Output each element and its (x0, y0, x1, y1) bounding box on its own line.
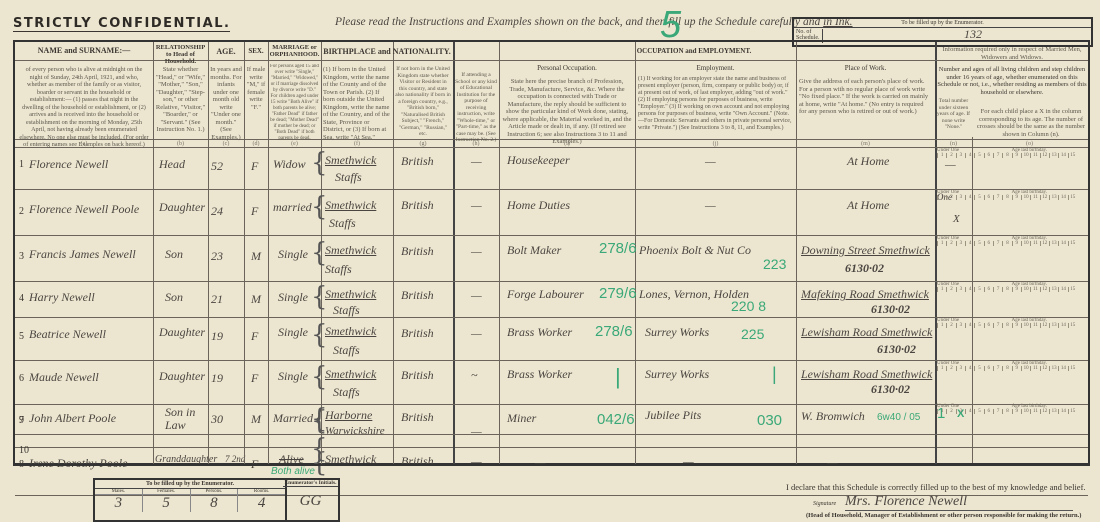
occupation-code: 278/6 (599, 240, 637, 257)
child-age-grid: Under OneAge last birthday. 123456789101… (937, 404, 1077, 414)
age-col: 1 (937, 241, 946, 246)
row-school: — (471, 244, 482, 259)
age-col: 5 (974, 195, 983, 200)
age-col: 7 (993, 287, 1002, 292)
age-col: 13 (1049, 409, 1058, 414)
age-col: 3 (956, 366, 965, 371)
age-col: 1 (937, 195, 946, 200)
child-age-mark: X (953, 213, 960, 225)
age-col: 14 (1058, 241, 1067, 246)
age-col: 5 (974, 153, 983, 158)
employment-code: | (772, 364, 777, 385)
row-sex: F (251, 159, 258, 174)
persons-label: Persons. (191, 489, 239, 494)
header-nationality-body: If not born in the United Kingdom state … (395, 66, 451, 138)
age-col: 8 (1002, 287, 1011, 292)
row-age: 23 (211, 249, 223, 264)
age-col: 9 (1012, 195, 1021, 200)
row-birthplace: Smethwick (325, 324, 376, 339)
age-col: 11 (1030, 323, 1039, 328)
age-col: 6 (984, 195, 993, 200)
row-nationality: British (401, 368, 434, 383)
age-col: 4 (965, 241, 974, 246)
row-sex: M (251, 249, 261, 264)
header-personal-occupation: Personal Occupation. (499, 64, 635, 72)
header-age: AGE. (208, 47, 244, 56)
child-age-grid: Under OneAge last birthday. 123456789101… (937, 148, 1077, 158)
row-nationality: British (401, 198, 434, 213)
row-employment: Surrey Works (645, 325, 709, 340)
row-relationship: Daughter (159, 325, 205, 340)
age-col: 14 (1058, 287, 1067, 292)
header-school-body: If attending a School or any kind of Edu… (455, 72, 497, 144)
row-name: Florence Newell (29, 157, 108, 172)
age-col: 8 (1002, 323, 1011, 328)
col-letter-h: (h) (453, 141, 499, 147)
age-col: 3 (956, 241, 965, 246)
row-occupation: Forge Labourer (507, 287, 584, 302)
row-school: ~ (471, 368, 478, 383)
age-col: 3 (956, 153, 965, 158)
age-col: 13 (1049, 366, 1058, 371)
row-age: 19 (211, 371, 223, 386)
age-col: 14 (1058, 195, 1067, 200)
age-col: 14 (1058, 323, 1067, 328)
signature-value: Mrs. Florence Newell (845, 494, 1073, 511)
row-marriage: Single (278, 369, 308, 384)
employment-code: 220 8 (731, 298, 766, 314)
col-letter-g: (g) (393, 141, 453, 147)
instructions-text: Please read the Instructions and Example… (335, 16, 823, 28)
row-place-of-work: At Home (847, 198, 889, 213)
females-count: 5 (143, 495, 191, 512)
row-nationality: British (401, 288, 434, 303)
schedule-box-heading: To be filled up by the Enumerator. (794, 19, 1091, 28)
age-col: 6 (984, 287, 993, 292)
age-col: 13 (1049, 287, 1058, 292)
col-letter-j: (j) (635, 141, 796, 147)
row-marriage: Single (278, 325, 308, 340)
age-col: 1 (937, 153, 946, 158)
age-col: 9 (1012, 241, 1021, 246)
row-relationship: Son (165, 290, 183, 305)
row-number: 4 (19, 293, 24, 304)
row-relationship: Daughter (159, 369, 205, 384)
header-relationship: RELATIONSHIP to Head of Household. (153, 44, 208, 65)
header-name: NAME and SURNAME:— (15, 46, 153, 55)
age-col: 7 (993, 366, 1002, 371)
place-code: 6130·02 (845, 261, 884, 276)
child-age-grid: Under OneAge last birthday. 123456789101… (937, 190, 1077, 200)
row-employment: — (705, 198, 716, 213)
row-occupation: Bolt Maker (507, 243, 561, 258)
row-birthplace: Smethwick (325, 198, 376, 213)
age-col: 7 (993, 153, 1002, 158)
instructions-line: Please read the Instructions and Example… (335, 16, 853, 28)
age-col: 6 (984, 153, 993, 158)
header-personal-occupation-body: State here the precise branch of Profess… (502, 78, 632, 146)
row-relationship: Son (165, 247, 183, 262)
age-col: 7 (993, 409, 1002, 414)
row-sex: M (251, 292, 261, 307)
header-place-of-work-body: Give the address of each person's place … (799, 78, 932, 116)
age-col: 14 (1058, 366, 1067, 371)
child-age-grid: Under OneAge last birthday. 123456789101… (937, 361, 1077, 371)
header-total-children: Total number under sixteen years of age.… (936, 98, 971, 131)
brace-icon: { (311, 436, 328, 462)
row-birthplace: Smethwick (325, 243, 376, 258)
occupation-code: | (615, 364, 621, 390)
col-letter-n: (n) (935, 141, 972, 147)
age-col: 12 (1040, 153, 1049, 158)
age-col: 8 (1002, 241, 1011, 246)
age-col: 14 (1058, 409, 1067, 414)
age-col: 2 (946, 153, 955, 158)
row-age: 52 (211, 159, 223, 174)
age-col: 10 (1021, 241, 1030, 246)
age-col: 15 (1068, 153, 1077, 158)
row-nationality: British (401, 154, 434, 169)
rooms-count: 4 (238, 495, 285, 512)
row-county: Staffs (329, 216, 356, 231)
row-name: Maude Newell (29, 370, 99, 385)
row-name: Harry Newell (29, 290, 95, 305)
age-col: 10 (1021, 409, 1030, 414)
age-col: 12 (1040, 287, 1049, 292)
age-col: 9 (1012, 323, 1021, 328)
age-col: 11 (1030, 241, 1039, 246)
employment-code: 225 (741, 326, 764, 342)
age-col: 12 (1040, 241, 1049, 246)
header-birthplace: BIRTHPLACE and NATIONALITY. (321, 47, 453, 56)
row-name: Florence Newell Poole (29, 202, 139, 217)
brace-icon: { (311, 406, 328, 432)
age-col: 3 (956, 323, 965, 328)
row-marriage: Widow (273, 157, 306, 172)
row-nationality: British (401, 244, 434, 259)
row-relationship: Head (159, 157, 185, 172)
age-col: 13 (1049, 323, 1058, 328)
col-letter-i: (i) (499, 141, 635, 147)
row-employment: Phoenix Bolt & Nut Co (639, 243, 751, 258)
age-col: 13 (1049, 195, 1058, 200)
age-col: 12 (1040, 366, 1049, 371)
age-col: 12 (1040, 195, 1049, 200)
age-col: 1 (937, 323, 946, 328)
row-birthplace: Smethwick (325, 367, 376, 382)
age-col: 6 (984, 366, 993, 371)
age-col: 9 (1012, 366, 1021, 371)
initials-value: GG (283, 493, 338, 510)
row-number: 3 (19, 251, 24, 262)
age-col: 15 (1068, 195, 1077, 200)
age-col: 2 (946, 287, 955, 292)
row-county: Staffs (333, 303, 360, 318)
row-birthplace: Smethwick (325, 287, 376, 302)
row-place-of-work: Lewisham Road Smethwick (801, 325, 932, 340)
row-marriage: Single (278, 290, 308, 305)
child-age-grid: Under OneAge last birthday. 123456789101… (937, 282, 1077, 292)
row-sex: F (251, 329, 258, 344)
females-label: Females. (143, 489, 191, 494)
age-col: 15 (1068, 241, 1077, 246)
age-col: 12 (1040, 409, 1049, 414)
age-col: 8 (1002, 195, 1011, 200)
child-age-grid: Under OneAge last birthday. 123456789101… (937, 236, 1077, 246)
age-col: 15 (1068, 409, 1077, 414)
occupation-code: 278/6 (595, 323, 633, 340)
enumerator-box-title: To be filled up by the Enumerator. (95, 480, 285, 489)
row-number: 6 (19, 373, 24, 384)
row-number: 9 (19, 415, 24, 426)
age-col: 5 (974, 366, 983, 371)
age-col: 6 (984, 323, 993, 328)
age-col: 3 (956, 409, 965, 414)
age-col: 2 (946, 323, 955, 328)
age-col: 1 (937, 287, 946, 292)
occupation-code: 279/6 (599, 285, 637, 302)
age-col: 8 (1002, 153, 1011, 158)
row-number: 2 (19, 206, 24, 217)
age-col: 15 (1068, 366, 1077, 371)
age-col: 4 (965, 366, 974, 371)
row-relationship: Daughter (159, 200, 205, 215)
row-total-children: — (945, 157, 956, 172)
age-col: 10 (1021, 366, 1030, 371)
col-letter-c: (c) (208, 141, 244, 147)
row-county: Staffs (333, 343, 360, 358)
header-married-info-body: Number and ages of all living children a… (937, 66, 1087, 96)
age-col: 4 (965, 409, 974, 414)
age-col: 15 (1068, 323, 1077, 328)
col-letter-e: (e) (268, 141, 321, 147)
row-sex: F (251, 204, 258, 219)
age-col: 13 (1049, 153, 1058, 158)
age-col: 11 (1030, 366, 1039, 371)
place-code: 6130·02 (877, 342, 916, 357)
col-letter-d: (d) (244, 141, 268, 147)
row-school: — (471, 326, 482, 341)
age-col: 6 (984, 241, 993, 246)
col-letter-o: (o) (972, 141, 1087, 147)
age-col: 1 (937, 409, 946, 414)
age-col: 10 (1021, 153, 1030, 158)
header-employment-body: (1) If working for an employer state the… (638, 76, 793, 132)
age-col: 2 (946, 241, 955, 246)
header-relationship-body: State whether "Head," or "Wife," "Mother… (155, 66, 206, 134)
row-name: Francis James Newell (29, 247, 136, 262)
header-married-info: Information required only in respect of … (937, 46, 1087, 61)
row-place-of-work: At Home (847, 154, 889, 169)
row-school: — (471, 154, 482, 169)
age-col: 3 (956, 287, 965, 292)
document-title: STRICTLY CONFIDENTIAL. (13, 16, 230, 32)
header-age-body: In years and months. For infants under o… (210, 66, 242, 141)
row-school: — (471, 288, 482, 303)
age-col: 5 (974, 409, 983, 414)
age-col: 11 (1030, 409, 1039, 414)
row-county: Staffs (335, 170, 362, 185)
row-occupation: Home Duties (507, 198, 570, 213)
age-col: 7 (993, 323, 1002, 328)
row-birthplace: Smethwick (325, 153, 376, 168)
row-place-of-work: Lewisham Road Smethwick (801, 367, 932, 382)
age-col: 9 (1012, 409, 1021, 414)
row-employment: Surrey Works (645, 367, 709, 382)
age-col: 8 (1002, 366, 1011, 371)
row-age: 21 (211, 292, 223, 307)
header-marriage-body: For persons aged 15 and over write "Sing… (270, 64, 319, 142)
header-sex: SEX. (244, 47, 268, 55)
age-col: 2 (946, 195, 955, 200)
row-marriage-note: Both alive (271, 466, 315, 477)
row-occupation: Housekeeper (507, 153, 570, 168)
row-number: 5 (19, 331, 24, 342)
age-col: 9 (1012, 287, 1021, 292)
row-number: 1 (19, 159, 24, 170)
age-col: 4 (965, 195, 974, 200)
row-marriage: Single (278, 247, 308, 262)
row-name: Beatrice Newell (29, 327, 106, 342)
child-age-grid: Under OneAge last birthday. 123456789101… (937, 318, 1077, 328)
row-place-of-work: Downing Street Smethwick (801, 243, 930, 258)
age-col: 2 (946, 366, 955, 371)
age-col: 10 (1021, 323, 1030, 328)
row-nationality: British (401, 326, 434, 341)
signature-label: Signature (813, 501, 836, 507)
row-marriage: married (273, 200, 312, 215)
col-letter-a: (a) (15, 141, 153, 147)
age-col: 3 (956, 195, 965, 200)
age-col: 14 (1058, 153, 1067, 158)
age-col: 10 (1021, 287, 1030, 292)
header-birthplace-body: (1) If born in the United Kingdom, write… (323, 66, 391, 141)
age-col: 7 (993, 195, 1002, 200)
declaration-text: I declare that this Schedule is correctl… (786, 482, 1086, 492)
row-occupation: Brass Worker (507, 367, 572, 382)
row-number: 10 (19, 445, 29, 456)
empty-rows: 9 10 { { (13, 400, 1090, 466)
age-col: 4 (965, 287, 974, 292)
age-col: 12 (1040, 323, 1049, 328)
employment-code: 223 (763, 256, 786, 272)
age-col: 4 (965, 153, 974, 158)
place-code: 6130·02 (871, 382, 910, 397)
age-col: 6 (984, 409, 993, 414)
age-col: 9 (1012, 153, 1021, 158)
row-county: Staffs (325, 262, 352, 277)
age-col: 7 (993, 241, 1002, 246)
age-col: 13 (1049, 241, 1058, 246)
age-col: 10 (1021, 195, 1030, 200)
signature-note: (Head of Household, Manager of Establish… (806, 512, 1081, 519)
age-col: 4 (965, 323, 974, 328)
col-letter-f: (f) (321, 141, 393, 147)
age-col: 5 (974, 241, 983, 246)
row-employment: — (705, 154, 716, 169)
row-occupation: Brass Worker (507, 325, 572, 340)
header-employment: Employment. (635, 64, 796, 72)
row-school: — (471, 198, 482, 213)
header-occupation-group: OCCUPATION and EMPLOYMENT. (453, 47, 935, 55)
males-label: Males. (95, 489, 143, 494)
row-county: Staffs (333, 385, 360, 400)
header-name-body: of every person who is alive at midnight… (19, 66, 149, 149)
age-col: 5 (974, 323, 983, 328)
rooms-label: Rooms. (238, 489, 285, 494)
males-count: 3 (95, 495, 143, 512)
header-sex-body: If male write "M," if female write "F." (245, 66, 267, 111)
age-col: 8 (1002, 409, 1011, 414)
age-col: 11 (1030, 153, 1039, 158)
col-letter-m: (m) (796, 141, 935, 147)
age-col: 5 (974, 287, 983, 292)
persons-count: 8 (191, 495, 239, 512)
age-col: 2 (946, 409, 955, 414)
col-letter-b: (b) (153, 141, 208, 147)
row-place-of-work: Mafeking Road Smethwick (801, 287, 929, 302)
row-age: 24 (211, 204, 223, 219)
header-child-ages: For each child place a X in the column c… (975, 108, 1087, 138)
row-age: 19 (211, 329, 223, 344)
enumerator-initials-box: Enumerator's Initials. GG (283, 478, 340, 522)
age-col: 1 (937, 366, 946, 371)
initials-label: Enumerator's Initials. (283, 480, 338, 487)
header-marriage: MARRIAGE or ORPHANHOOD. (268, 44, 321, 58)
age-col: 11 (1030, 195, 1039, 200)
enumerator-totals-box: To be filled up by the Enumerator. Males… (93, 478, 287, 522)
row-sex: F (251, 371, 258, 386)
age-col: 15 (1068, 287, 1077, 292)
header-place-of-work: Place of Work. (796, 64, 935, 72)
place-code: 6130·02 (871, 302, 910, 317)
age-col: 11 (1030, 287, 1039, 292)
